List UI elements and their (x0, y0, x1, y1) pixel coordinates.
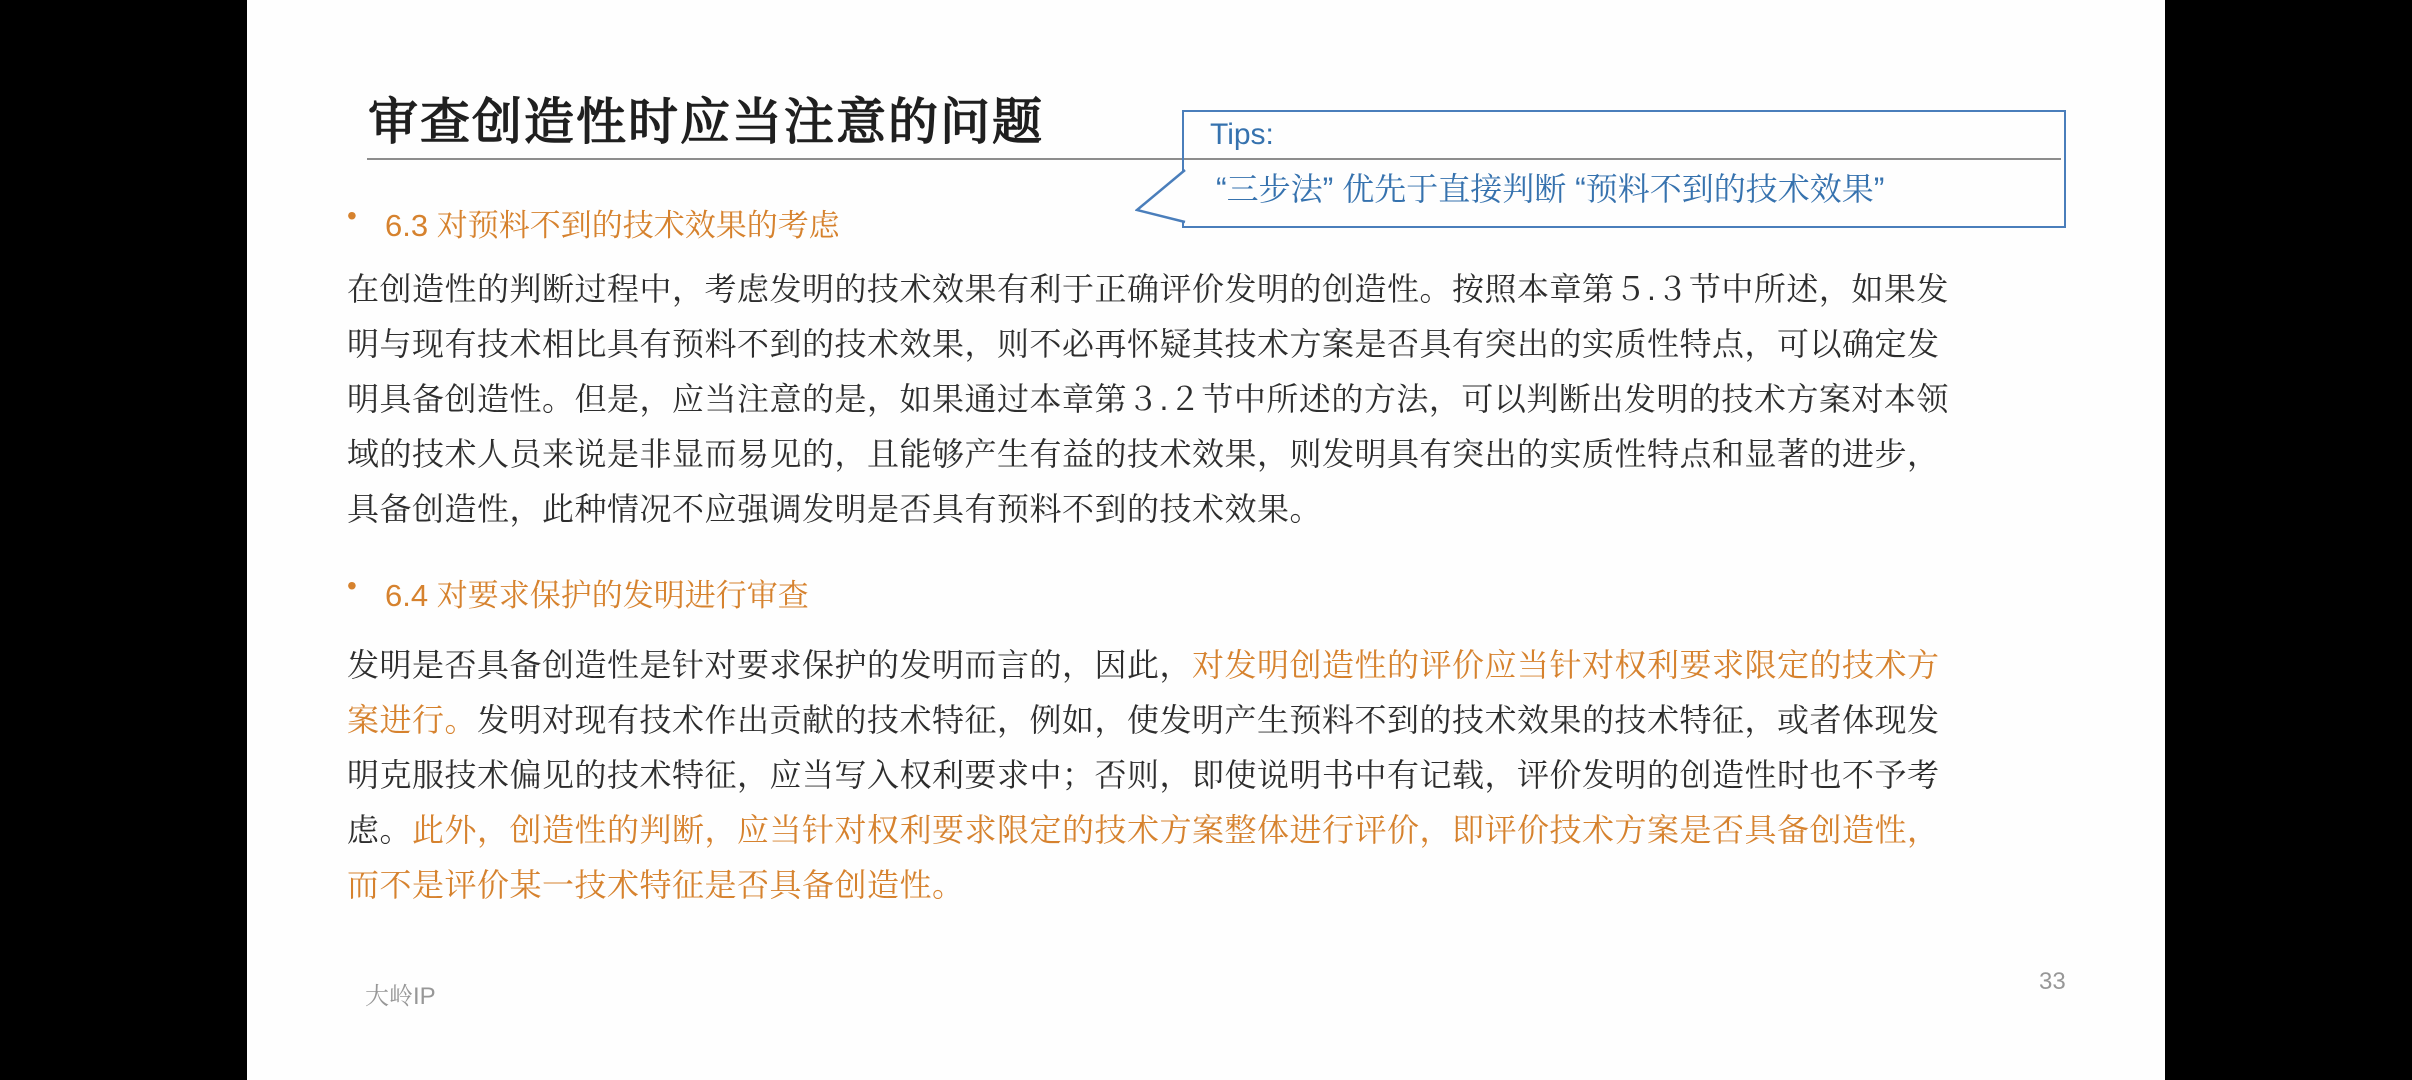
letterbox-right (2165, 0, 2412, 1080)
paragraph-line: 明具备创造性。但是，应当注意的是，如果通过本章第３.２节中所述的方法，可以判断出… (347, 372, 2087, 427)
paragraph-line: 而不是评价某一技术特征是否具备创造性。 (347, 858, 2087, 913)
tips-callout-box: Tips: “三步法” 优先于直接判断 “预料不到的技术效果” (1182, 110, 2066, 228)
paragraph-line: 具备创造性，此种情况不应强调发明是否具有预料不到的技术效果。 (347, 482, 2087, 537)
paragraph-6-4: 发明是否具备创造性是针对要求保护的发明而言的，因此，对发明创造性的评价应当针对权… (347, 638, 2087, 913)
footer-brand: 大岭IP (365, 976, 436, 1011)
tips-text: “三步法” 优先于直接判断 “预料不到的技术效果” (1210, 164, 2050, 210)
paragraph-line: 在创造性的判断过程中，考虑发明的技术效果有利于正确评价发明的创造性。按照本章第５… (347, 262, 2087, 317)
paragraph-line: 域的技术人员来说是非显而易见的，且能够产生有益的技术效果，则发明具有突出的实质性… (347, 427, 2087, 482)
body-text: 域的技术人员来说是非显而易见的，且能够产生有益的技术效果，则发明具有突出的实质性… (347, 436, 1940, 472)
paragraph-6-3: 在创造性的判断过程中，考虑发明的技术效果有利于正确评价发明的创造性。按照本章第５… (347, 262, 2087, 537)
body-text: 在创造性的判断过程中，考虑发明的技术效果有利于正确评价发明的创造性。按照本章第５… (347, 271, 1949, 307)
body-text: 明具备创造性。但是，应当注意的是，如果通过本章第３.２节中所述的方法，可以判断出… (347, 381, 1949, 417)
slide-title: 审查创造性时应当注意的问题 (368, 82, 1044, 154)
body-text: 虑。 (347, 812, 412, 848)
video-frame: 审查创造性时应当注意的问题 Tips: “三步法” 优先于直接判断 “预料不到的… (0, 0, 2412, 1080)
section-heading-6-4: •6.4 对要求保护的发明进行审查 (347, 570, 809, 615)
letterbox-left (0, 0, 247, 1080)
body-text: 明与现有技术相比具有预料不到的技术效果，则不必再怀疑其技术方案是否具有突出的实质… (347, 326, 1940, 362)
paragraph-line: 案进行。发明对现有技术作出贡献的技术特征，例如，使发明产生预料不到的技术效果的技… (347, 693, 2087, 748)
page-number: 33 (2039, 968, 2066, 996)
section-heading-6-3: •6.3 对预料不到的技术效果的考虑 (347, 200, 840, 245)
presentation-slide: 审查创造性时应当注意的问题 Tips: “三步法” 优先于直接判断 “预料不到的… (247, 0, 2165, 1080)
tips-label: Tips: (1210, 118, 2050, 152)
bullet-icon: • (347, 200, 385, 232)
highlighted-text: 而不是评价某一技术特征是否具备创造性。 (347, 867, 965, 903)
paragraph-line: 明克服技术偏见的技术特征，应当写入权利要求中；否则，即使说明书中有记载，评价发明… (347, 748, 2087, 803)
section-heading-6-3-label: 6.3 对预料不到的技术效果的考虑 (385, 208, 840, 243)
section-heading-6-4-label: 6.4 对要求保护的发明进行审查 (385, 578, 809, 613)
body-text: 发明对现有技术作出贡献的技术特征，例如，使发明产生预料不到的技术效果的技术特征，… (477, 702, 1940, 738)
paragraph-line: 发明是否具备创造性是针对要求保护的发明而言的，因此，对发明创造性的评价应当针对权… (347, 638, 2087, 693)
highlighted-text: 对发明创造性的评价应当针对权利要求限定的技术方 (1192, 647, 1940, 683)
highlighted-text: 此外，创造性的判断，应当针对权利要求限定的技术方案整体进行评价，即评价技术方案是… (412, 812, 1940, 848)
body-text: 具备创造性，此种情况不应强调发明是否具有预料不到的技术效果。 (347, 491, 1322, 527)
bullet-icon: • (347, 570, 385, 602)
body-text: 发明是否具备创造性是针对要求保护的发明而言的，因此， (347, 647, 1192, 683)
paragraph-line: 明与现有技术相比具有预料不到的技术效果，则不必再怀疑其技术方案是否具有突出的实质… (347, 317, 2087, 372)
callout-pointer-icon (1135, 162, 1187, 232)
highlighted-text: 案进行。 (347, 702, 477, 738)
body-text: 明克服技术偏见的技术特征，应当写入权利要求中；否则，即使说明书中有记载，评价发明… (347, 757, 1940, 793)
paragraph-line: 虑。此外，创造性的判断，应当针对权利要求限定的技术方案整体进行评价，即评价技术方… (347, 803, 2087, 858)
